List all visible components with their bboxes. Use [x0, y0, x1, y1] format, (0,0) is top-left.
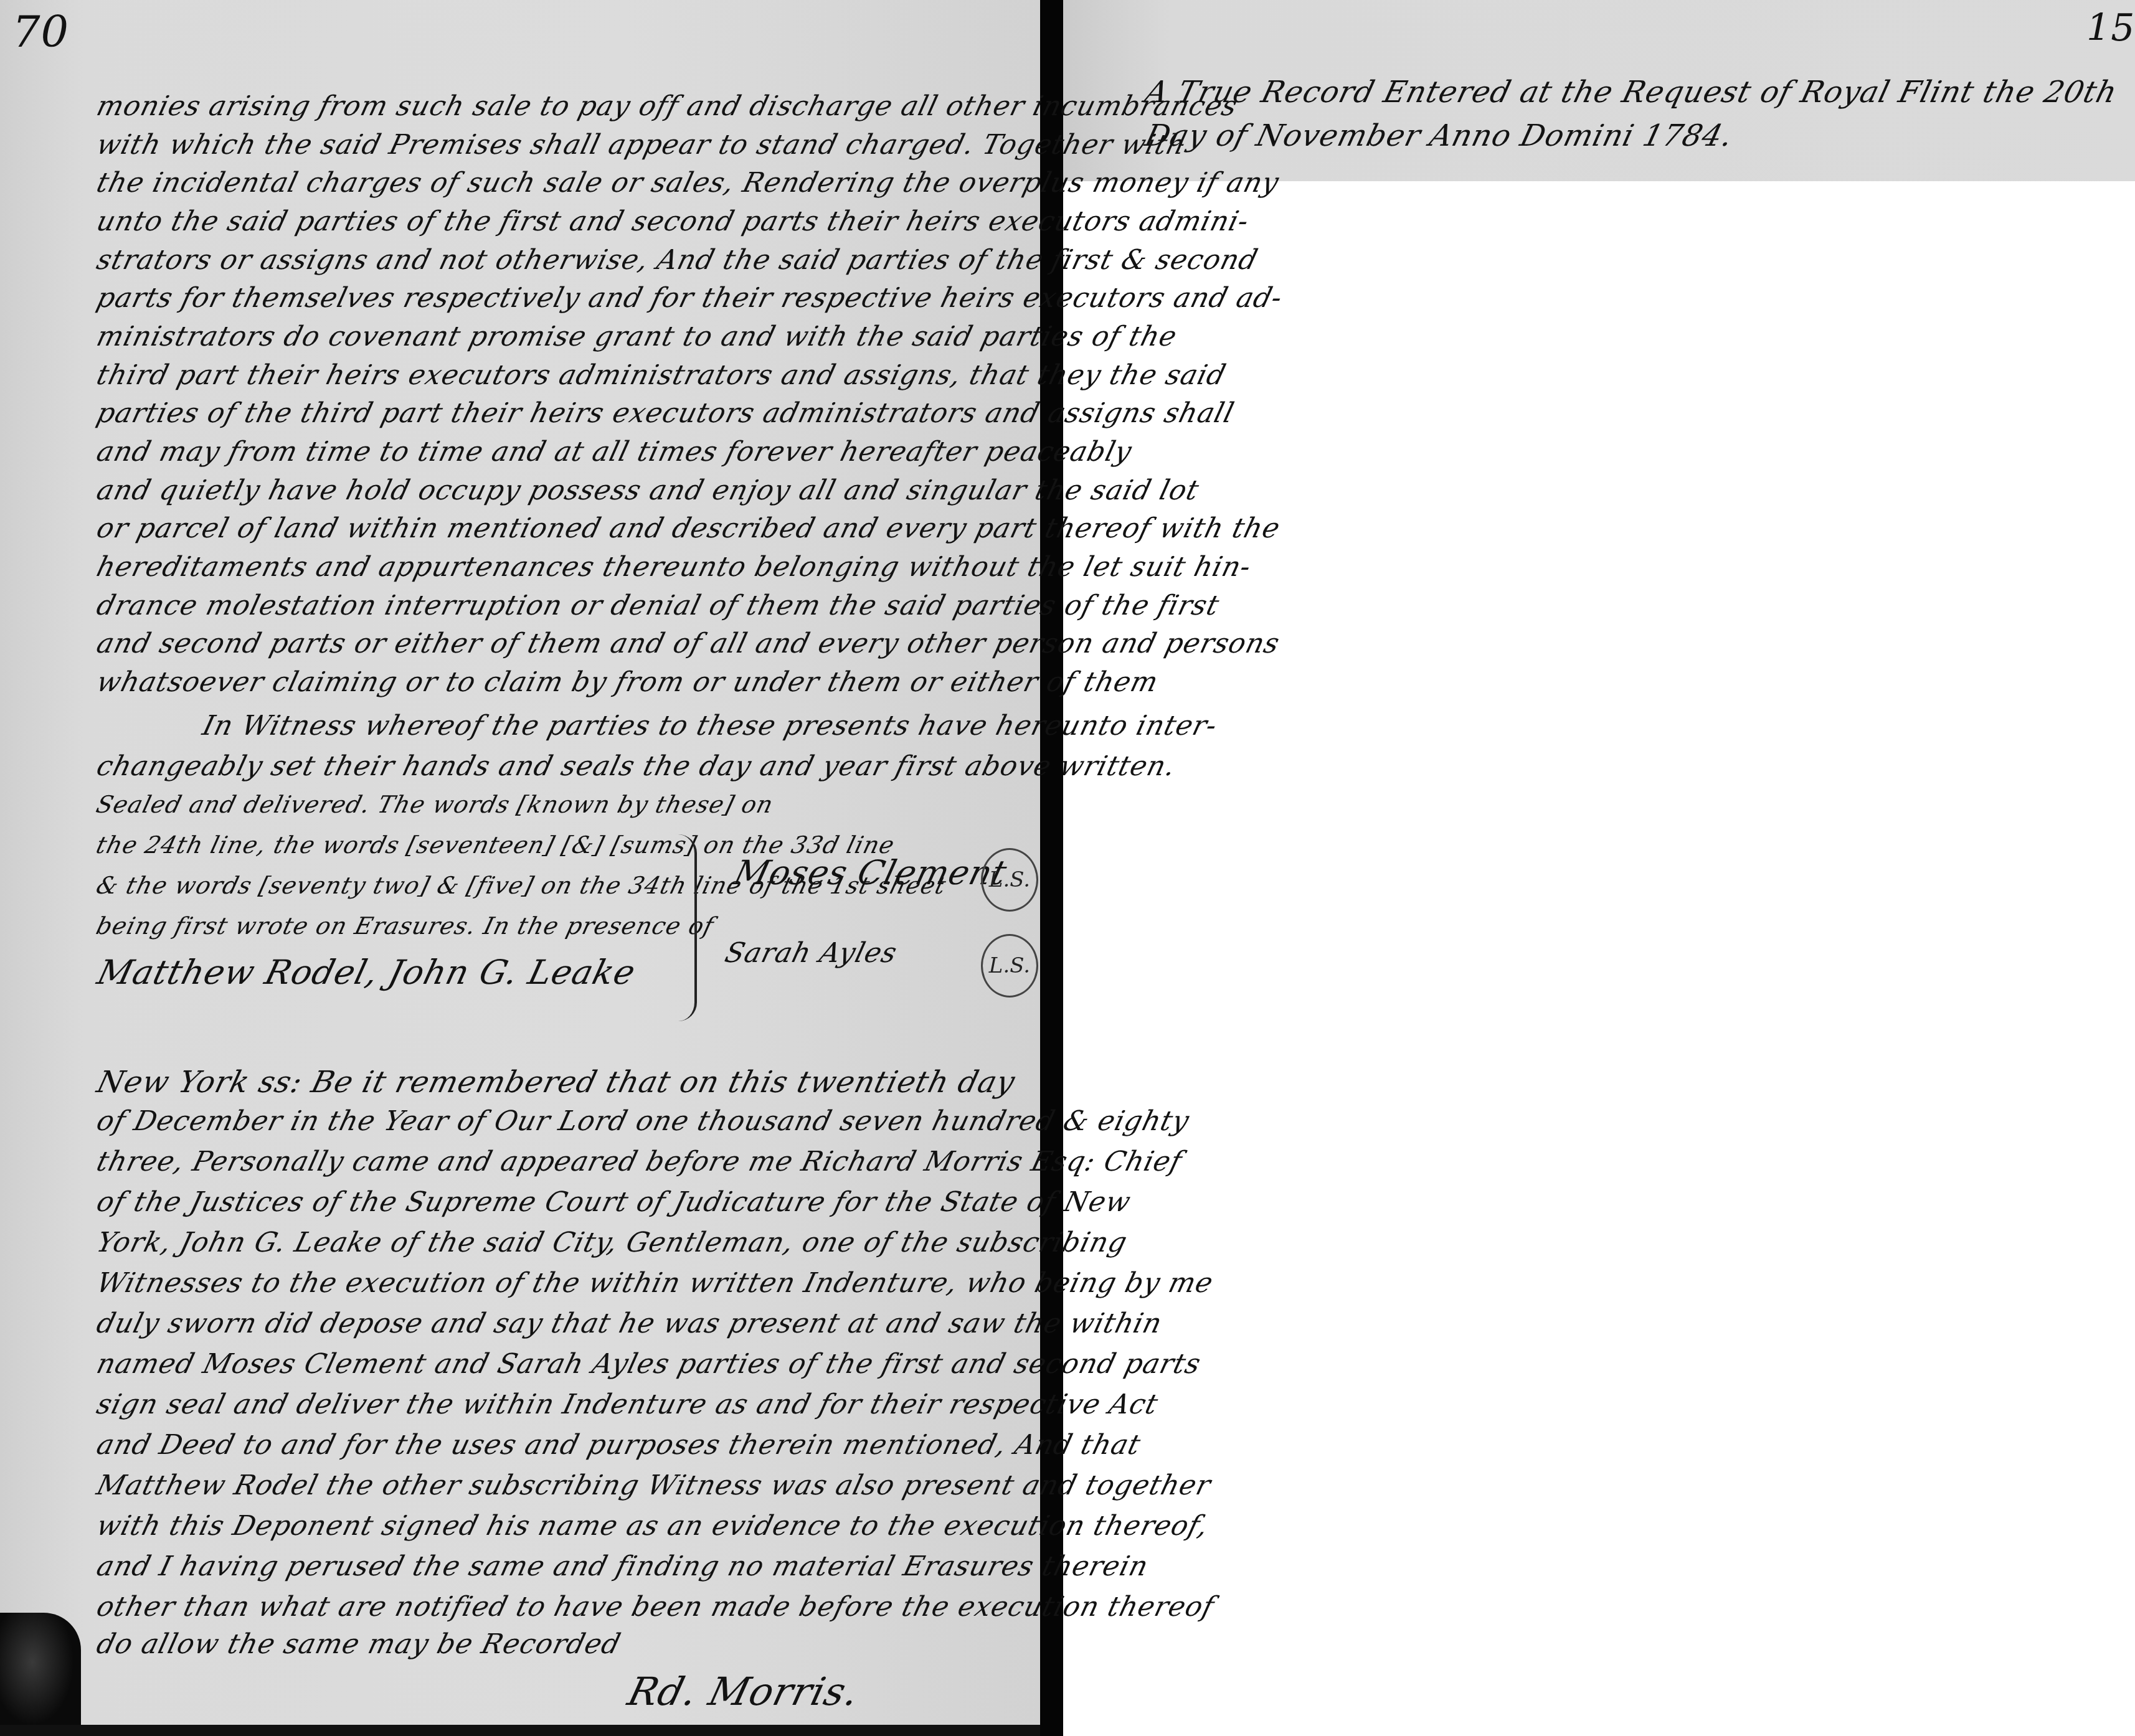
acknowledgment-line: York, John G. Leake of the said City, Ge… — [93, 1227, 1130, 1258]
record-line: Day of November Anno Domini 1784. — [1142, 118, 1736, 153]
signature-sarah-ayles: Sarah Ayles — [722, 937, 901, 969]
right-page-number: 15 — [2086, 6, 2135, 50]
acknowledgment-line: other than what are notified to have bee… — [93, 1591, 1218, 1623]
body-line: and may from time to time and at all tim… — [93, 436, 1135, 468]
body-line: whatsoever claiming or to claim by from … — [93, 666, 1162, 698]
record-line: A True Record Entered at the Request of … — [1142, 75, 2121, 110]
body-line: unto the said parties of the first and s… — [93, 205, 1252, 237]
attestation-line: Sealed and delivered. The words [known b… — [93, 791, 776, 818]
acknowledgment-line: named Moses Clement and Sarah Ayles part… — [93, 1348, 1205, 1380]
body-line: with which the said Premises shall appea… — [93, 129, 1190, 161]
acknowledgment-line: three, Personally came and appeared befo… — [93, 1146, 1185, 1177]
seal-ls: L.S. — [981, 848, 1038, 912]
attestation-line: being first wrote on Erasures. In the pr… — [93, 912, 717, 940]
acknowledgment-line: sign seal and deliver the within Indentu… — [93, 1389, 1162, 1420]
witness-names: Matthew Rodel, John G. Leake — [93, 953, 640, 992]
body-line: and second parts or either of them and o… — [93, 628, 1283, 659]
acknowledgment-line: and I having perused the same and findin… — [93, 1550, 1152, 1582]
body-line: the incidental charges of such sale or s… — [93, 167, 1282, 199]
body-line: third part their heirs executors adminis… — [93, 359, 1229, 391]
acknowledgment-line: duly sworn did depose and say that he wa… — [93, 1308, 1165, 1339]
acknowledgment-line: do allow the same may be Recorded — [93, 1628, 624, 1660]
acknowledgment-line: and Deed to and for the uses and purpose… — [93, 1429, 1144, 1461]
signature-rd-morris: Rd. Morris. — [623, 1669, 864, 1714]
body-line: ministrators do covenant promise grant t… — [93, 321, 1180, 352]
acknowledgment-line: New York ss: Be it remembered that on th… — [93, 1065, 1019, 1100]
body-line: drance molestation interruption or denia… — [93, 590, 1223, 621]
left-page-number: 70 — [12, 6, 69, 57]
body-line: monies arising from such sale to pay off… — [93, 90, 1241, 122]
seal-label: L.S. — [989, 867, 1030, 892]
seal-label: L.S. — [989, 953, 1030, 978]
body-line: hereditaments and appurtenances thereunt… — [93, 551, 1254, 583]
witness-clause-line: changeably set their hands and seals the… — [93, 750, 1179, 782]
thumb-shadow — [0, 1613, 81, 1736]
acknowledgment-line: of December in the Year of Our Lord one … — [93, 1105, 1193, 1137]
body-line: and quietly have hold occupy possess and… — [93, 474, 1203, 506]
body-line: parties of the third part their heirs ex… — [93, 397, 1238, 429]
body-line: strators or assigns and not otherwise, A… — [93, 244, 1261, 276]
witness-clause-line: In Witness whereof the parties to these … — [199, 710, 1221, 742]
acknowledgment-line: Witnesses to the execution of the within… — [93, 1267, 1217, 1299]
signature-moses-clement: Moses Clement — [730, 853, 1011, 892]
acknowledgment-line: with this Deponent signed his name as an… — [93, 1510, 1212, 1542]
body-line: or parcel of land within mentioned and d… — [93, 512, 1284, 544]
acknowledgment-line: Matthew Rodel the other subscribing Witn… — [93, 1469, 1214, 1501]
page-edge-shadow — [0, 1725, 1040, 1736]
bracket — [670, 834, 697, 1021]
acknowledgment-line: of the Justices of the Supreme Court of … — [93, 1186, 1134, 1218]
seal-ls: L.S. — [981, 934, 1038, 998]
body-line: parts for themselves respectively and fo… — [93, 282, 1286, 314]
